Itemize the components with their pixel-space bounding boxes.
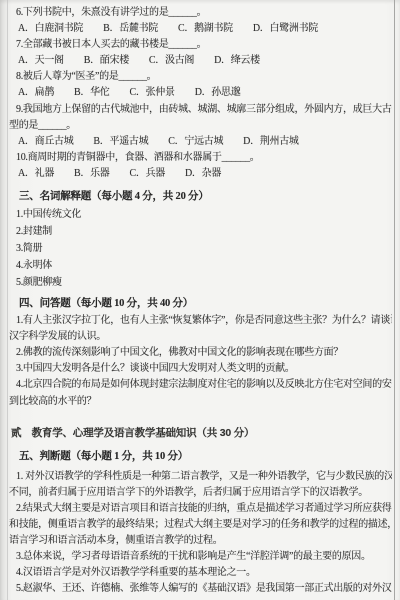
choice-option: C．鹅湖书院: [178, 21, 233, 37]
choice-option: A．白鹿洞书院: [18, 21, 83, 37]
question-continuation-line: 汉字科学发展的认识。: [9, 329, 392, 345]
choice-option: C．汲古阁: [149, 53, 194, 69]
question-line: 3.总体来说，学习者母语语音系统的干扰和影响是产生“洋腔洋调”的最主要的原因。: [9, 549, 392, 565]
question-line: 4.汉语语言学是对外汉语教学学科重要的基本理论之一。: [9, 565, 392, 581]
choice-option: B．华佗: [74, 85, 109, 101]
question-continuation-line: 型的是______。: [9, 118, 392, 134]
question-line: 9.我国地方上保留的古代城池中，由砖城、城湖、城廓三部分组成，外圆内方，成巨大古…: [9, 102, 392, 118]
term-item-line: 4.永明体: [9, 257, 392, 274]
section-header: 四、问答题（每小题 10 分，共 40 分）: [9, 295, 392, 313]
question-line: 2.结果式大纲主要是对语言项目和语言技能的归纳，重点是描述学习者通过学习所应获得…: [9, 501, 392, 517]
term-item-line: 1.中国传统文化: [9, 206, 392, 223]
choice-option: B．岳麓书院: [103, 21, 158, 37]
choice-option: D．绛云楼: [214, 53, 260, 69]
question-line: 2.佛教的流传深刻影响了中国文化，佛教对中国文化的影响表现在哪些方面？: [9, 345, 392, 361]
choice-options-line: A．白鹿洞书院B．岳麓书院C．鹅湖书院D．白鹭洲书院: [9, 21, 392, 37]
question-line: 5.赵淑华、王还、许德楠、张维等人编写的《基础汉语》是我国第一部正式出版的对外汉…: [9, 581, 392, 597]
part-header: 贰 教育学、心理学及语言教学基础知识（共 30 分）: [9, 423, 392, 443]
question-continuation-line: 不同，前者归属于应用语言学下的外语教学，后者归属于应用语言学下的汉语教学。: [9, 485, 392, 501]
question-continuation-line: 和技能，侧重语言教学的最终结果；过程式大纲主要是对学习的任务和教学的过程的描述，…: [9, 517, 392, 533]
choice-options-line: A．商丘古城B．平遥古城C．宁远古城D．荆州古城: [9, 134, 392, 150]
choice-option: A．扁鹊: [18, 85, 54, 101]
choice-option: D．杂器: [185, 166, 221, 182]
question-continuation-line: 语言学习和语言活动本身，侧重语言教学的过程。: [9, 533, 392, 549]
question-line: 8.被后人尊为“医圣”的是______。: [9, 69, 392, 85]
choice-options-line: A．天一阁B．皕宋楼C．汲古阁D．绛云楼: [9, 53, 392, 69]
exam-content: 6.下列书院中，朱熹没有讲学过的是______。A．白鹿洞书院B．岳麓书院C．鹅…: [9, 5, 392, 597]
question-line: 6.下列书院中，朱熹没有讲学过的是______。: [9, 5, 392, 21]
choice-option: C．兵器: [130, 166, 165, 182]
page-right-edge-line: [394, 0, 395, 600]
choice-option: D．荆州古城: [243, 134, 298, 150]
question-line: 1. 对外汉语教学的学科性质是一种第二语言教学，又是一种外语教学，它与少数民族的…: [9, 469, 392, 485]
choice-option: A．礼器: [18, 166, 54, 182]
choice-option: A．天一阁: [18, 53, 64, 69]
question-line: 1.有人主张汉字拉丁化，也有人主张“恢复繁体字”，你是否同意这些主张？为什么？请…: [9, 313, 392, 329]
question-line: 4.北京四合院的布局是如何体现封建宗法制度对住宅的影响以及反映北方住宅对空间的安…: [9, 377, 392, 393]
choice-option: D．孙思邈: [195, 85, 241, 101]
choice-option: B．平遥古城: [93, 134, 148, 150]
question-continuation-line: 到比较高的水平的？: [9, 394, 392, 410]
question-line: 3.中国四大发明各是什么？谈谈中国四大发明对人类文明的贡献。: [9, 361, 392, 377]
term-item-line: 5.颜肥柳瘦: [9, 274, 392, 291]
spacer: [9, 410, 392, 423]
choice-options-line: A．扁鹊B．华佗C．张仲景D．孙思邈: [9, 85, 392, 101]
choice-option: C．张仲景: [130, 85, 175, 101]
exam-page-scan: 6.下列书院中，朱熹没有讲学过的是______。A．白鹿洞书院B．岳麓书院C．鹅…: [0, 0, 400, 600]
choice-option: C．宁远古城: [168, 134, 223, 150]
term-item-line: 3.简册: [9, 240, 392, 257]
page-left-edge-line: [7, 0, 8, 600]
section-header: 五、判断题（每小题 1 分，共 10 分）: [9, 448, 392, 466]
section-header: 三、名词解释题（每小题 4 分，共 20 分）: [9, 188, 392, 206]
choice-options-line: A．礼器B．乐器C．兵器D．杂器: [9, 166, 392, 182]
question-line: 7.全部藏书被日本人买去的藏书楼是______。: [9, 37, 392, 53]
choice-option: B．皕宋楼: [84, 53, 129, 69]
choice-option: B．乐器: [74, 166, 109, 182]
term-item-line: 2.封建制: [9, 223, 392, 240]
choice-option: D．白鹭洲书院: [253, 21, 318, 37]
question-line: 10.商周时期的青铜器中，食器、酒器和水器属于______。: [9, 150, 392, 166]
choice-option: A．商丘古城: [18, 134, 73, 150]
